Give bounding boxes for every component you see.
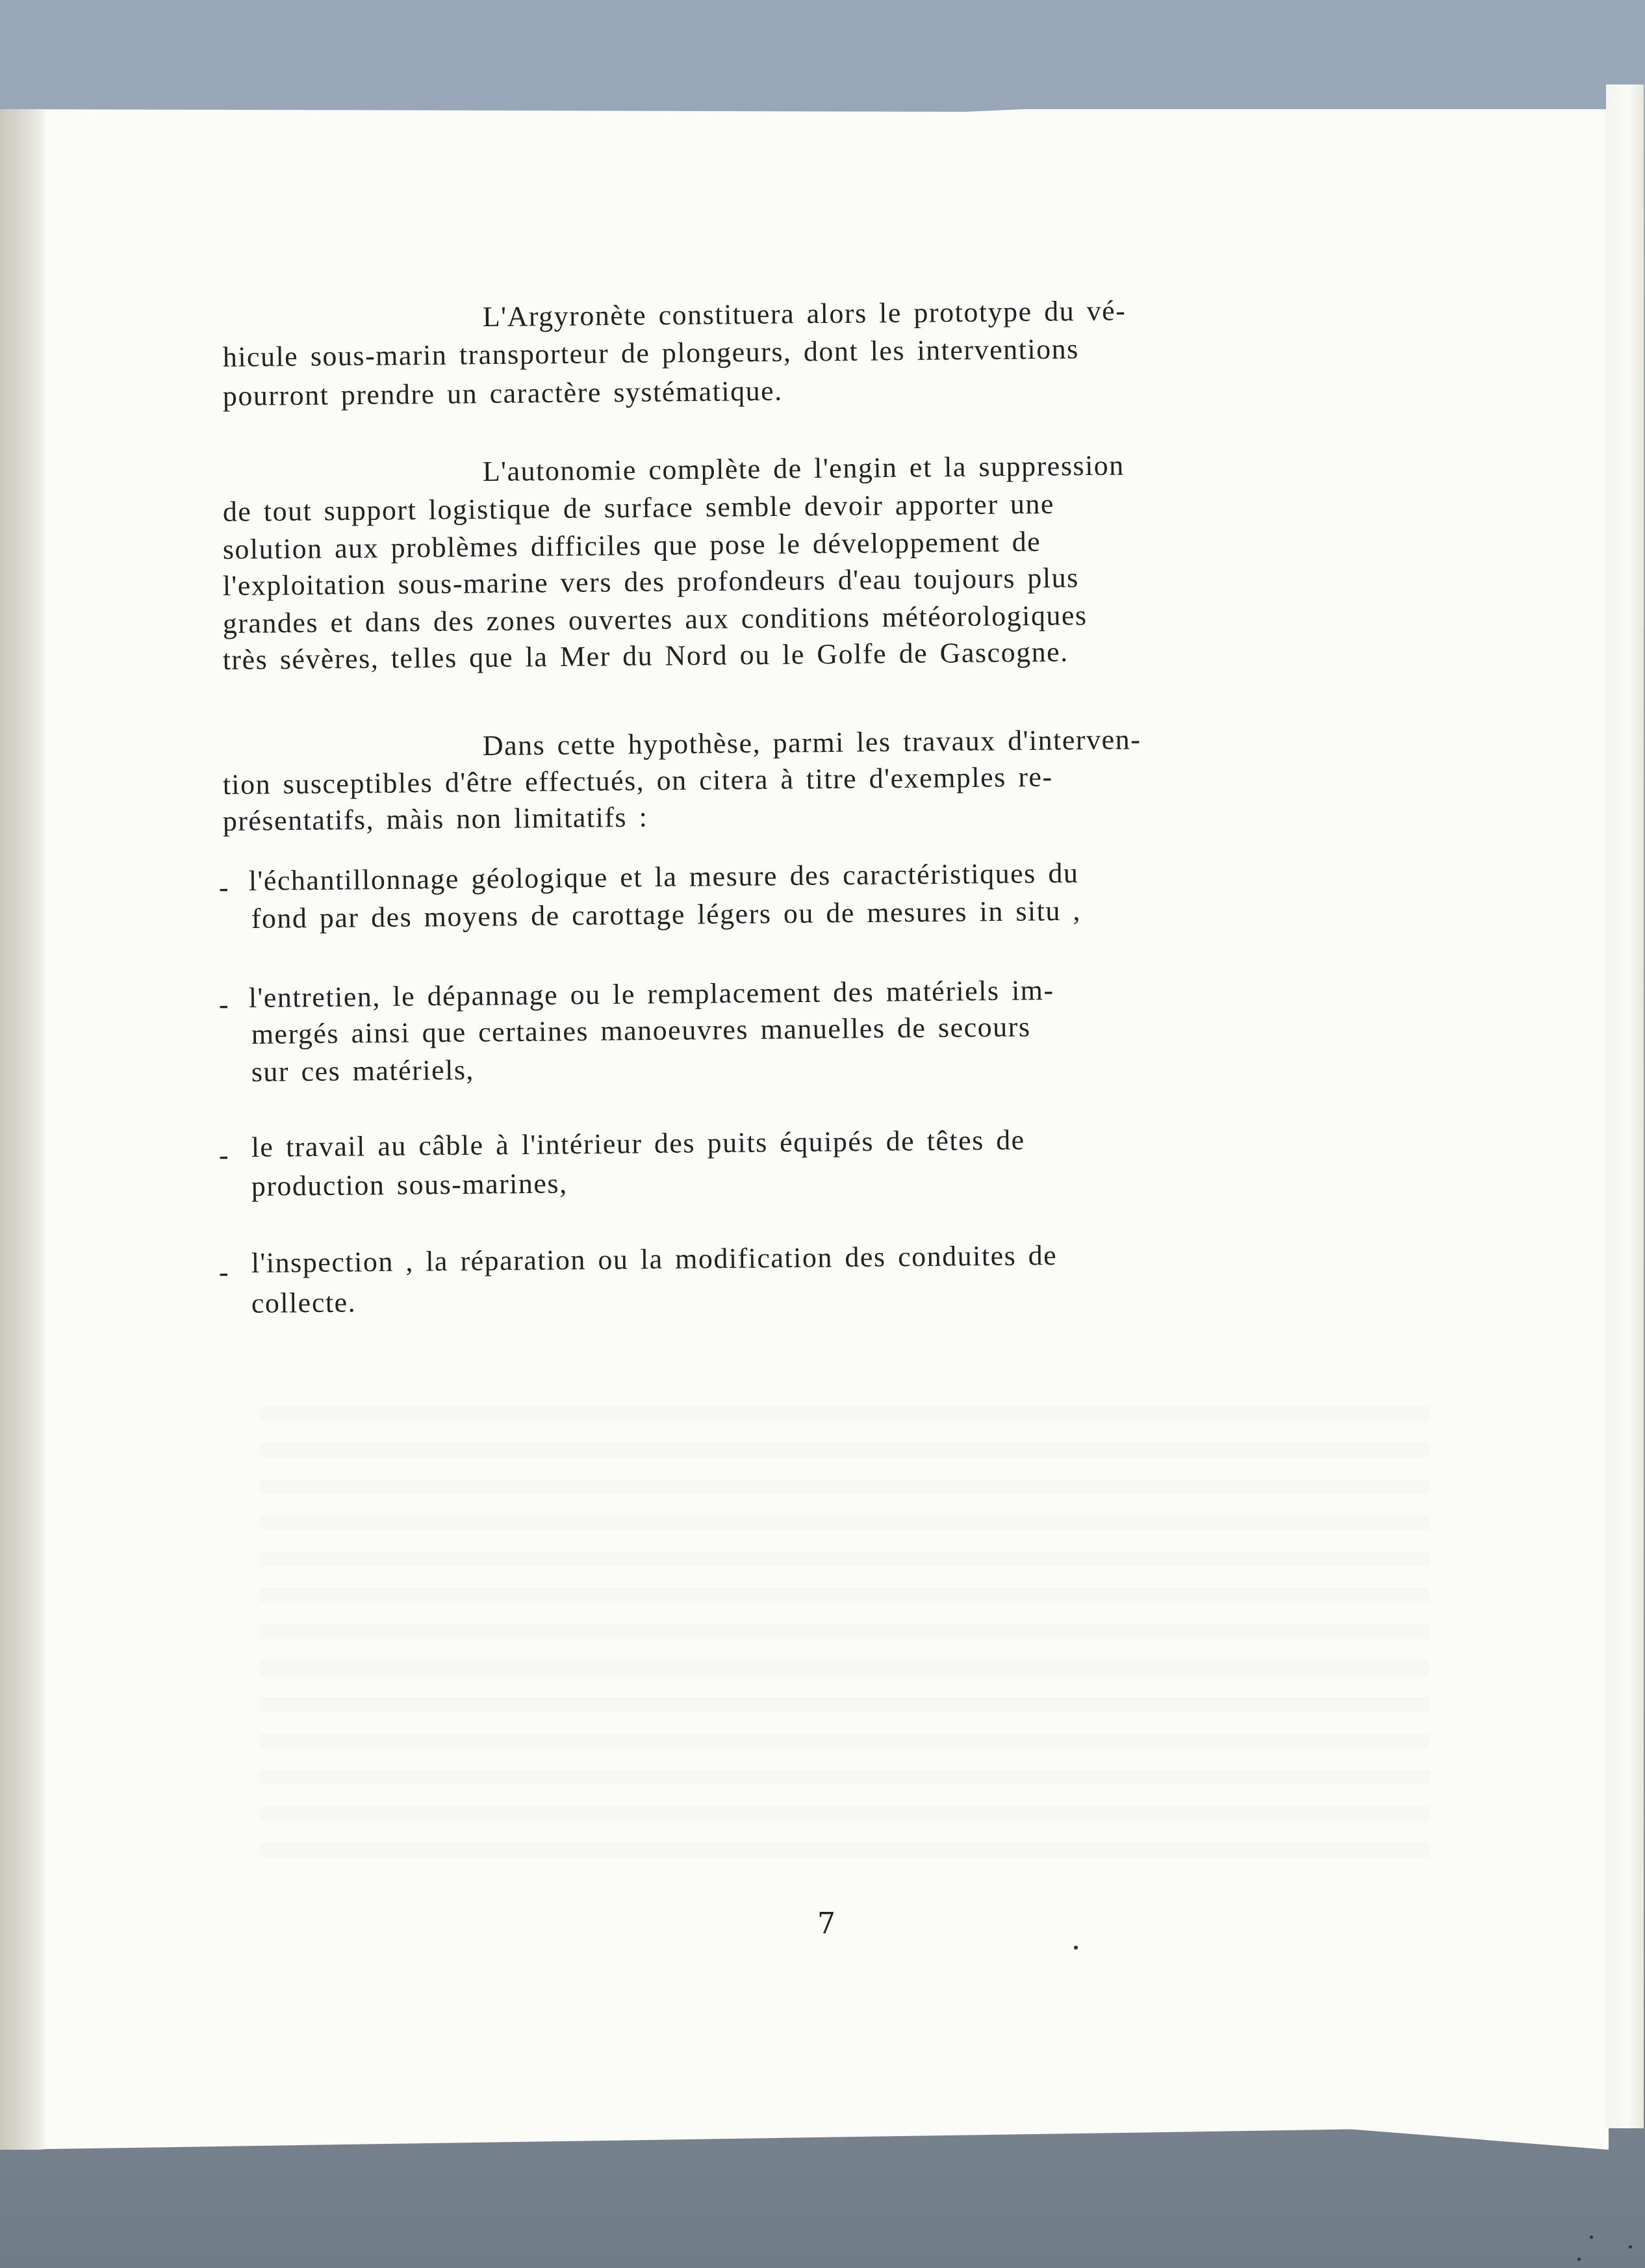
dust-speck (1629, 2245, 1632, 2249)
bleed-through-haze (260, 1384, 1429, 1878)
text-line: Dans cette hypothèse, parmi les travaux … (483, 723, 1141, 762)
bullet-dash: - (219, 1139, 230, 1172)
bullet-dash: - (219, 871, 230, 904)
binding-gutter-shadow (0, 109, 47, 2150)
bullet-dash: - (219, 988, 230, 1021)
ink-speck (1074, 1946, 1078, 1950)
page-number: 7 (817, 1907, 835, 1940)
text-line: pourront prendre un caractère systématiq… (223, 374, 783, 413)
bullet-dash: - (219, 1256, 230, 1289)
dust-speck (1577, 2258, 1581, 2261)
text-line: sur ces matériels, (251, 1053, 475, 1089)
text-line: L'Argyronète constituera alors le protot… (483, 294, 1127, 333)
text-line: collecte. (251, 1285, 357, 1320)
text-line: L'autonomie complète de l'engin et la su… (483, 449, 1125, 488)
text-line: présentatifs, màis non limitatifs : (223, 801, 648, 838)
dust-speck (1590, 2236, 1593, 2239)
page-edge (1606, 84, 1644, 2128)
text-line: production sous-marines, (251, 1166, 568, 1203)
